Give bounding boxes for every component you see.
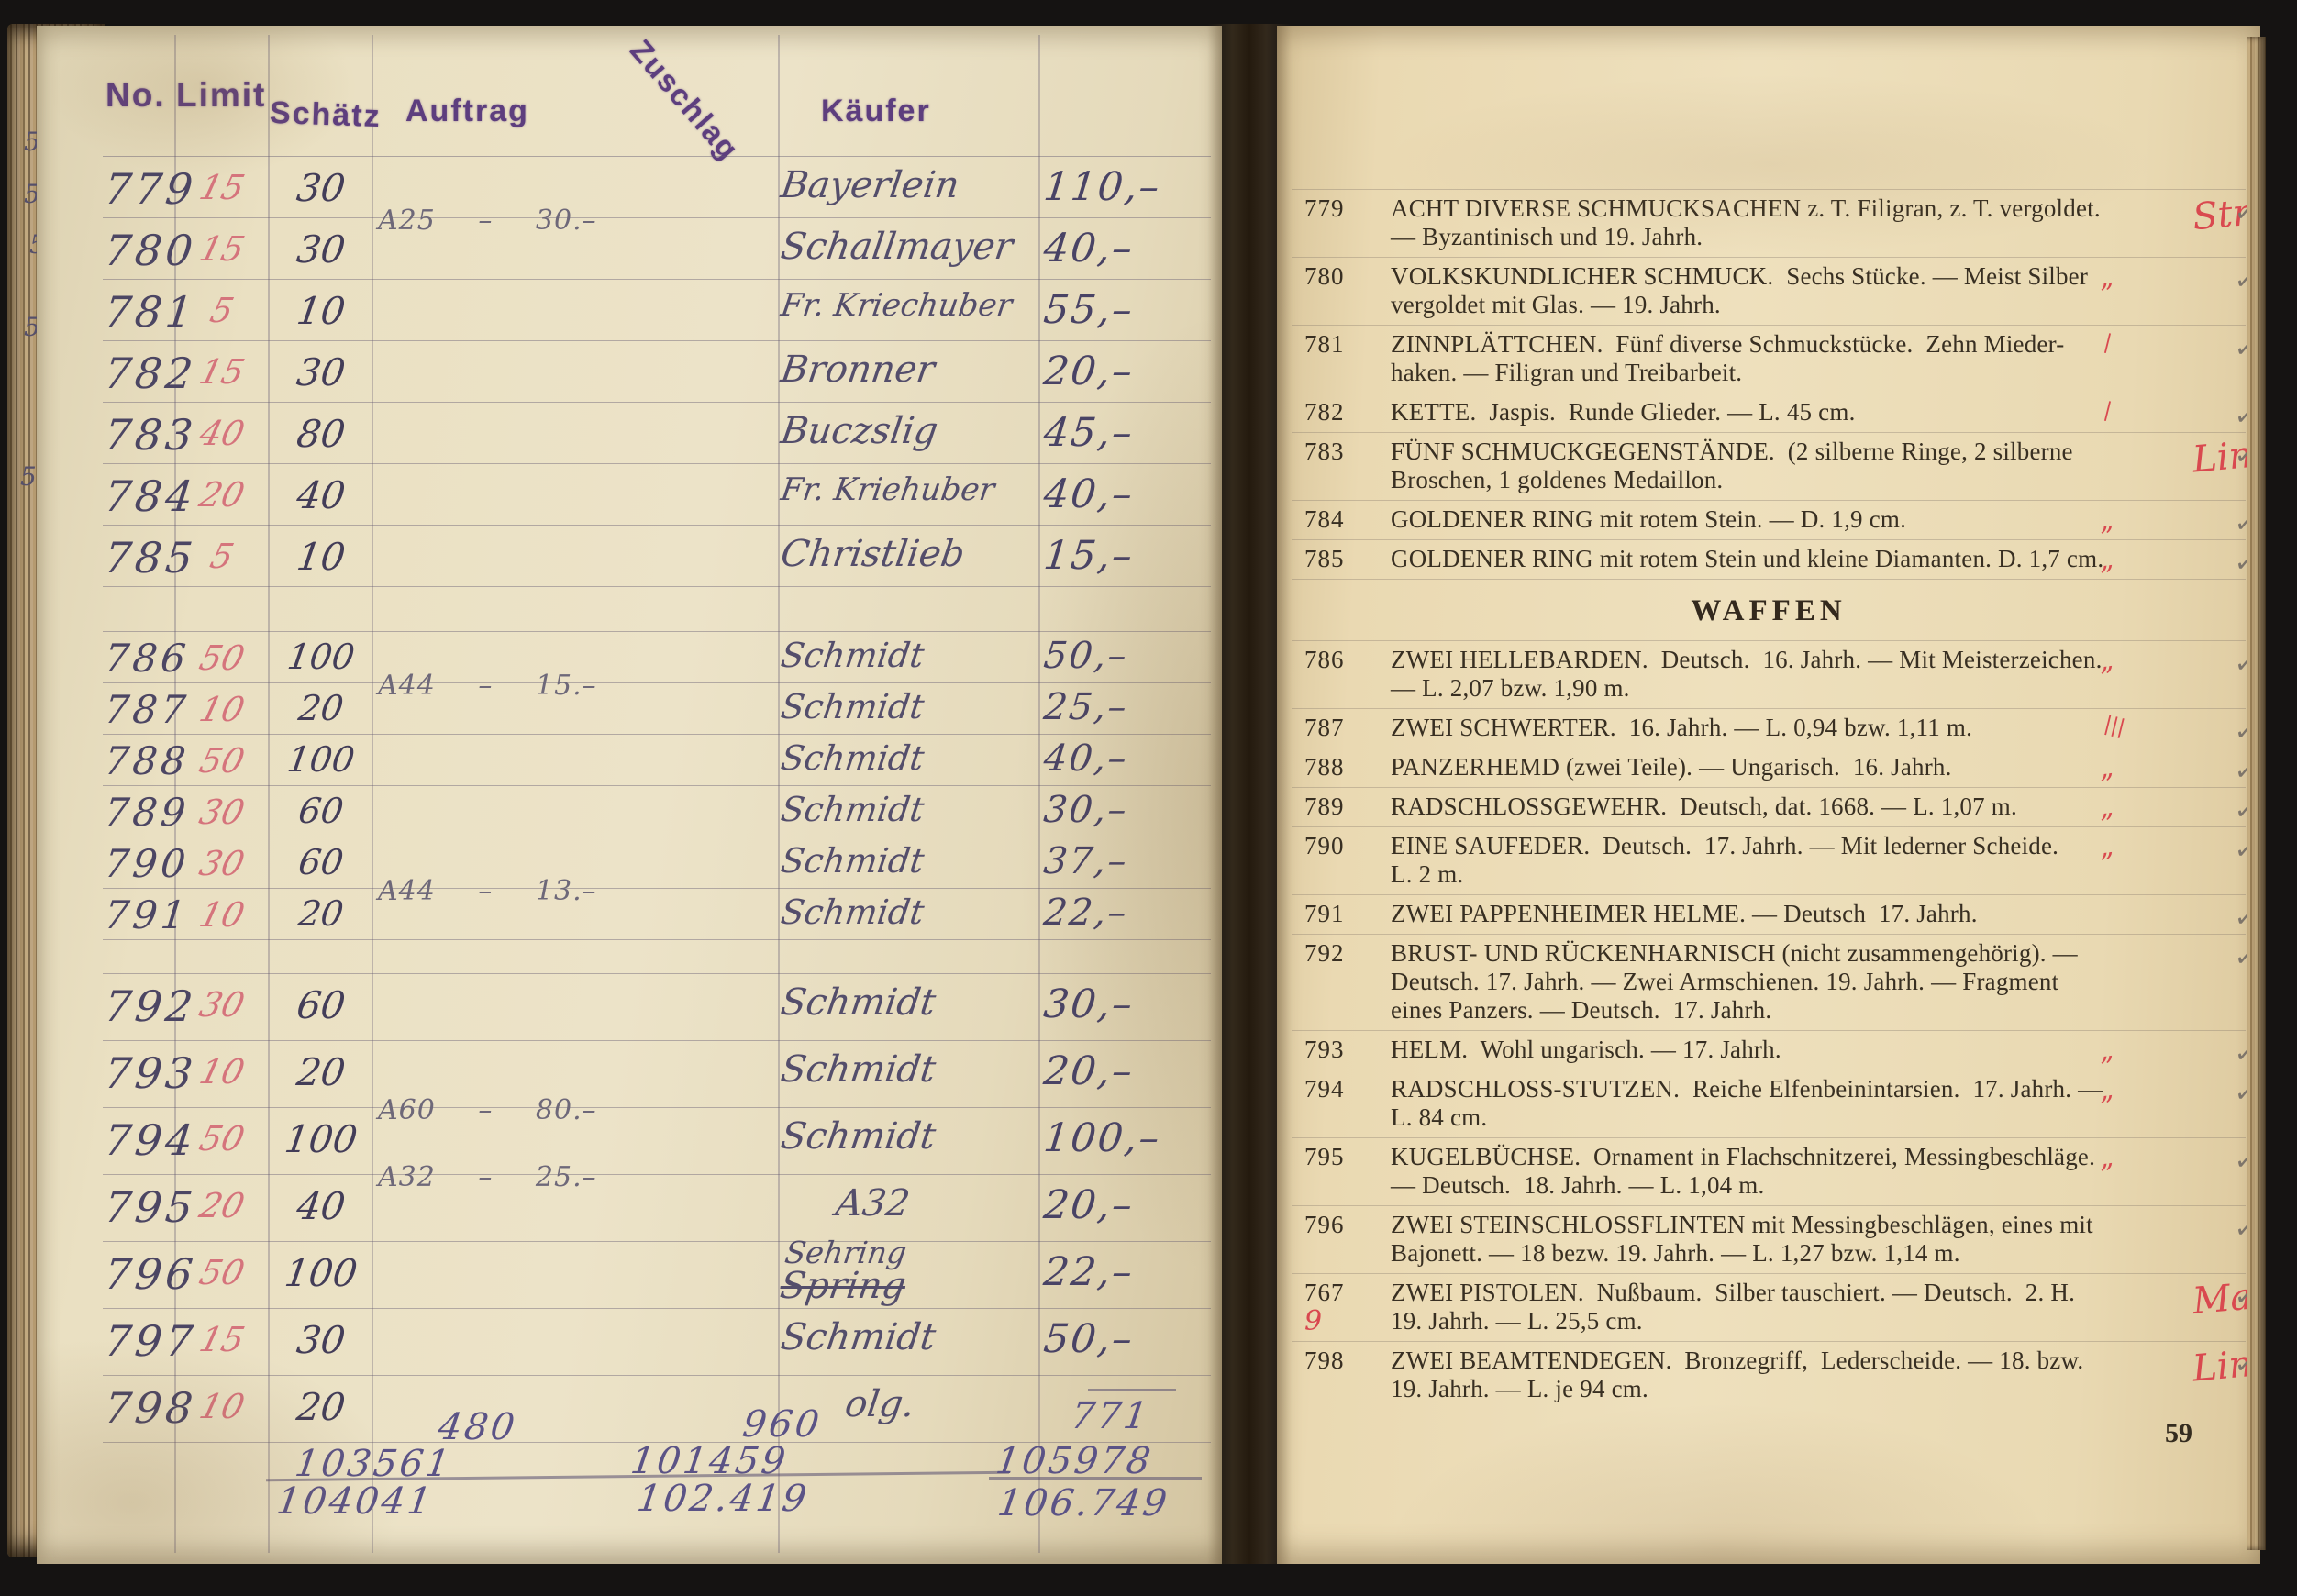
margin-ditto-red: „ bbox=[2097, 751, 2115, 785]
lot-description: BRUST- UND RÜCKENHARNISCH (nicht zusamme… bbox=[1391, 939, 2078, 1024]
cell-limit: 30 bbox=[172, 792, 273, 832]
catalog-lot-794: 794 RADSCHLOSS-STUTZEN. Reiche Elfenbein… bbox=[1292, 1070, 2246, 1137]
cell-zuschlag: 20,– bbox=[1041, 349, 1216, 394]
cell-auftrag: A60 – 80.– bbox=[378, 1094, 778, 1126]
cell-zuschlag: 30,– bbox=[1042, 789, 1217, 831]
cell-schaetz: 40 bbox=[267, 1184, 376, 1228]
cell-limit: 50 bbox=[172, 638, 273, 678]
cell-zuschlag: 22,– bbox=[1041, 1249, 1216, 1295]
ledger-row-791: 791 10 20 A44 – 13.– Schmidt 22,– bbox=[103, 889, 1211, 940]
cell-zuschlag: 100,– bbox=[1041, 1115, 1216, 1161]
cell-limit: 10 bbox=[172, 1387, 273, 1426]
cell-zuschlag: 40,– bbox=[1042, 737, 1217, 780]
margin-ditto-red: „ bbox=[2097, 830, 2115, 864]
catalog-lot-790: 790 EINE SAUFEDER. Deutsch. 17. Jahrh. —… bbox=[1292, 826, 2246, 894]
lot-number-misprint: 767 bbox=[1304, 1279, 1345, 1307]
ledger-blank-row bbox=[103, 587, 1211, 632]
cell-schaetz: 10 bbox=[267, 535, 376, 579]
cell-limit: 10 bbox=[172, 690, 273, 729]
cell-kaeufer: Schmidt bbox=[779, 790, 1044, 824]
total-limit-final: 104041 bbox=[274, 1480, 437, 1523]
cell-schaetz: 40 bbox=[267, 473, 376, 517]
lot-number: 784 bbox=[1304, 505, 1345, 534]
margin-ditto-red: „ bbox=[2097, 1034, 2115, 1068]
lot-number: 796 bbox=[1304, 1211, 1345, 1239]
ledger-row-792: 792 30 60 Schmidt 30,– bbox=[103, 974, 1211, 1041]
total-zuschlag-sub: 771 bbox=[1069, 1395, 1153, 1437]
lot-description: ZWEI STEINSCHLOSSFLINTEN mit Messingbesc… bbox=[1391, 1211, 2093, 1267]
cell-kaeufer: Fr. Kriehuber bbox=[780, 471, 1045, 503]
lot-description: GOLDENER RING mit rotem Stein. — D. 1,9 … bbox=[1391, 505, 1906, 533]
cell-schaetz: 60 bbox=[267, 791, 375, 831]
cell-kaeufer: Schmidt bbox=[779, 892, 1044, 926]
ledger-row-784: 784 20 40 Fr. Kriehuber 40,– bbox=[103, 464, 1211, 526]
lot-number: 790 bbox=[1304, 832, 1345, 860]
lot-number: 792 bbox=[1304, 939, 1345, 968]
ledger-row-781: 781 5 10 Fr. Kriechuber 55,– bbox=[103, 280, 1211, 341]
cell-schaetz: 10 bbox=[267, 289, 376, 333]
lot-description: FÜNF SCHMUCKGEGENSTÄNDE. (2 silberne Rin… bbox=[1391, 438, 2073, 493]
lot-number: 798 bbox=[1304, 1347, 1345, 1375]
cell-schaetz: 30 bbox=[267, 166, 376, 210]
buyer-name: Fr. Kriechuber bbox=[779, 287, 1015, 324]
buyer-name: Buczslig bbox=[778, 410, 940, 452]
right-page-edge bbox=[2247, 37, 2266, 1550]
cell-schaetz: 20 bbox=[267, 1385, 376, 1429]
header-limit: Limit bbox=[176, 76, 266, 115]
cell-zuschlag: 20,– bbox=[1041, 1048, 1216, 1094]
cell-auftrag: A44 – 15.– bbox=[378, 670, 778, 702]
catalog-lot-792: 792 BRUST- UND RÜCKENHARNISCH (nicht zus… bbox=[1292, 934, 2246, 1030]
cell-schaetz: 100 bbox=[267, 739, 375, 780]
cell-schaetz: 20 bbox=[267, 688, 375, 728]
edge-mark: 5 bbox=[20, 461, 37, 492]
lot-number: 789 bbox=[1304, 792, 1345, 821]
cell-kaeufer: Schallmayer bbox=[779, 226, 1045, 262]
cell-limit: 30 bbox=[172, 985, 273, 1025]
ledger-row-795: 795 20 40 A32 – 25.– A32 20,– bbox=[103, 1175, 1211, 1242]
cell-kaeufer: Christlieb bbox=[779, 533, 1045, 570]
ledger-blank-row bbox=[103, 940, 1211, 974]
cell-limit: 50 bbox=[172, 1253, 273, 1292]
cell-kaeufer: Schmidt bbox=[779, 738, 1044, 772]
buyer-name: Schmidt bbox=[778, 981, 938, 1024]
buyer-name-crossed: Spring bbox=[778, 1265, 1044, 1307]
cell-limit: 10 bbox=[172, 1052, 273, 1092]
cell-limit: 20 bbox=[172, 1186, 273, 1225]
cell-schaetz: 80 bbox=[267, 412, 376, 456]
catalog-lot-782: 782 KETTE. Jaspis. Runde Glieder. — L. 4… bbox=[1292, 393, 2246, 432]
margin-ditto-red: „ bbox=[2097, 1141, 2115, 1175]
lot-description: ZINNPLÄTTCHEN. Fünf diverse Schmuckstück… bbox=[1391, 330, 2064, 386]
cell-auftrag: A44 – 13.– bbox=[378, 875, 778, 907]
ledger-row-797: 797 15 30 Schmidt 50,– bbox=[103, 1309, 1211, 1376]
header-auftrag: Auftrag bbox=[405, 94, 529, 129]
lot-description: ZWEI PAPPENHEIMER HELME. — Deutsch 17. J… bbox=[1391, 900, 1978, 927]
header-kaeufer: Käufer bbox=[821, 94, 931, 129]
cell-zuschlag: 55,– bbox=[1041, 287, 1216, 333]
lot-description: HELM. Wohl ungarisch. — 17. Jahrh. bbox=[1391, 1036, 1781, 1063]
cell-zuschlag: 15,– bbox=[1041, 533, 1216, 579]
cell-zuschlag: 110,– bbox=[1041, 164, 1216, 210]
ledger-page: No. Limit Schätz Auftrag Käufer Zuschlag… bbox=[37, 26, 1222, 1564]
ledger-row-798: 798 10 20 olg. bbox=[103, 1376, 1211, 1443]
lot-number: 781 bbox=[1304, 330, 1345, 359]
catalog-lot-791: 791 ZWEI PAPPENHEIMER HELME. — Deutsch 1… bbox=[1292, 894, 2246, 934]
header-schaetz: Schätz bbox=[269, 95, 382, 135]
lot-description: KUGELBÜCHSE. Ornament in Flachschnitzere… bbox=[1391, 1143, 2095, 1199]
catalog-lot-793: 793 HELM. Wohl ungarisch. — 17. Jahrh. „… bbox=[1292, 1030, 2246, 1070]
lot-description: RADSCHLOSSGEWEHR. Deutsch, dat. 1668. — … bbox=[1391, 792, 2017, 820]
cell-zuschlag: 30,– bbox=[1041, 981, 1216, 1027]
lot-number-correction-red: 9 bbox=[1304, 1305, 1322, 1337]
cell-schaetz: 100 bbox=[267, 1117, 376, 1161]
cell-kaeufer: Bayerlein bbox=[779, 164, 1045, 201]
sum-rule bbox=[989, 1477, 1202, 1480]
cell-zuschlag: 50,– bbox=[1041, 1316, 1216, 1362]
buyer-name: Schmidt bbox=[778, 1115, 938, 1158]
cell-zuschlag: 25,– bbox=[1042, 686, 1217, 728]
cell-limit: 50 bbox=[172, 741, 273, 781]
cell-kaeufer: Schmidt bbox=[779, 1316, 1045, 1353]
cell-kaeufer: Fr. Kriechuber bbox=[780, 287, 1045, 318]
ledger-row-788: 788 50 100 Schmidt 40,– bbox=[103, 735, 1211, 786]
cell-limit: 20 bbox=[172, 475, 273, 515]
cell-schaetz: 30 bbox=[267, 1318, 376, 1362]
margin-stroke-red: | bbox=[2102, 398, 2114, 422]
catalog-lot-796: 796 ZWEI STEINSCHLOSSFLINTEN mit Messing… bbox=[1292, 1205, 2246, 1273]
cell-limit: 5 bbox=[172, 291, 273, 330]
cell-schaetz: 30 bbox=[267, 350, 376, 394]
margin-ditto-red: „ bbox=[2097, 504, 2115, 538]
cell-limit: 15 bbox=[172, 229, 273, 269]
cell-auftrag: A32 – 25.– bbox=[378, 1161, 778, 1193]
buyer-name: Schmidt bbox=[778, 1048, 938, 1091]
total-zuschlag-final: 106.749 bbox=[995, 1482, 1172, 1524]
lot-number: 786 bbox=[1304, 646, 1345, 674]
header-zuschlag: Zuschlag bbox=[623, 33, 746, 167]
catalog-lot-797: 767 9 ZWEI PISTOLEN. Nußbaum. Silber tau… bbox=[1292, 1273, 2246, 1341]
ledger-rows: 779 15 30 Bayerlein 110,– 780 15 30 A25 … bbox=[103, 156, 1211, 1443]
cell-limit: 15 bbox=[172, 352, 273, 392]
cell-schaetz: 60 bbox=[267, 842, 375, 882]
cell-zuschlag: 45,– bbox=[1041, 410, 1216, 456]
sum-rule bbox=[1088, 1389, 1176, 1391]
cell-limit: 30 bbox=[172, 844, 273, 883]
catalog-lot-788: 788 PANZERHEMD (zwei Teile). — Ungarisch… bbox=[1292, 748, 2246, 787]
lot-description: RADSCHLOSS-STUTZEN. Reiche Elfenbeininta… bbox=[1391, 1075, 2103, 1131]
margin-stroke-red: | bbox=[2102, 330, 2114, 354]
buyer-name: Schmidt bbox=[779, 687, 927, 726]
lot-description: EINE SAUFEDER. Deutsch. 17. Jahrh. — Mit… bbox=[1391, 832, 2058, 888]
cell-limit: 40 bbox=[172, 414, 273, 453]
buyer-name: Christlieb bbox=[778, 533, 967, 575]
lot-number: 779 bbox=[1304, 194, 1345, 223]
cell-schaetz: 30 bbox=[267, 227, 376, 272]
cell-schaetz: 20 bbox=[267, 893, 375, 934]
cell-zuschlag: 40,– bbox=[1041, 226, 1216, 272]
cell-auftrag: A25 – 30.– bbox=[378, 205, 778, 237]
lot-number: 785 bbox=[1304, 545, 1345, 573]
margin-stroke-red: ||| bbox=[2102, 713, 2127, 740]
cell-limit: 50 bbox=[172, 1119, 273, 1158]
lot-number: 793 bbox=[1304, 1036, 1345, 1064]
catalog-lot-781: 781 ZINNPLÄTTCHEN. Fünf diverse Schmucks… bbox=[1292, 325, 2246, 393]
lot-description: ZWEI BEAMTENDEGEN. Bronzegriff, Ledersch… bbox=[1391, 1347, 2083, 1402]
cell-zuschlag: 37,– bbox=[1042, 840, 1217, 882]
catalog-lot-783: 783 FÜNF SCHMUCKGEGENSTÄNDE. (2 silberne… bbox=[1292, 432, 2246, 500]
catalog-page: 779 ACHT DIVERSE SCHMUCKSACHEN z. T. Fil… bbox=[1277, 26, 2260, 1564]
cell-zuschlag: 50,– bbox=[1042, 635, 1217, 677]
lot-number: 787 bbox=[1304, 714, 1345, 742]
auction-ledger-book-photo: 5 5 5 5 5 No. Limit Schätz Auftrag Käufe… bbox=[0, 0, 2297, 1596]
lot-number: 780 bbox=[1304, 262, 1345, 291]
lot-description: ZWEI SCHWERTER. 16. Jahrh. — L. 0,94 bzw… bbox=[1391, 714, 1972, 741]
lot-number: 788 bbox=[1304, 753, 1345, 781]
buyer-name: Schmidt bbox=[779, 892, 927, 932]
buyer-name: Schmidt bbox=[779, 790, 927, 829]
lot-description: ZWEI HELLEBARDEN. Deutsch. 16. Jahrh. — … bbox=[1391, 646, 2103, 702]
cell-kaeufer: Schmidt bbox=[779, 841, 1044, 875]
ledger-row-787: 787 10 20 A44 – 15.– Schmidt 25,– bbox=[103, 683, 1211, 735]
buyer-name: A32 bbox=[833, 1182, 912, 1225]
catalog-lot-786: 786 ZWEI HELLEBARDEN. Deutsch. 16. Jahrh… bbox=[1292, 640, 2246, 708]
total-schaetz-final: 102.419 bbox=[635, 1478, 812, 1520]
margin-ditto-red: „ bbox=[2097, 791, 2115, 825]
lot-description: ZWEI PISTOLEN. Nußbaum. Silber tauschier… bbox=[1391, 1279, 2075, 1335]
ledger-row-783: 783 40 80 Buczslig 45,– bbox=[103, 403, 1211, 464]
cell-limit: 10 bbox=[172, 895, 273, 935]
buyer-name: Schallmayer bbox=[778, 226, 1015, 268]
cell-schaetz: 100 bbox=[267, 637, 375, 677]
cell-kaeufer: Bronner bbox=[779, 349, 1045, 385]
lot-number: 782 bbox=[1304, 398, 1345, 427]
cell-kaeufer: Schmidt bbox=[779, 1048, 1045, 1085]
lot-description: ACHT DIVERSE SCHMUCKSACHEN z. T. Filigra… bbox=[1391, 194, 2101, 250]
cell-kaeufer: Schmidt bbox=[779, 981, 1045, 1018]
catalog-lot-787: 787 ZWEI SCHWERTER. 16. Jahrh. — L. 0,94… bbox=[1292, 708, 2246, 748]
cell-kaeufer: olg. bbox=[779, 1383, 1109, 1420]
catalog-lot-784: 784 GOLDENER RING mit rotem Stein. — D. … bbox=[1292, 500, 2246, 539]
cell-kaeufer: Schmidt bbox=[779, 1115, 1045, 1152]
cell-kaeufer: Schmidt bbox=[779, 687, 1044, 721]
buyer-name: olg. bbox=[842, 1383, 917, 1425]
ledger-row-785: 785 5 10 Christlieb 15,– bbox=[103, 526, 1211, 587]
cell-schaetz: 20 bbox=[267, 1050, 376, 1094]
buyer-name: Bayerlein bbox=[778, 164, 961, 206]
buyer-name: Fr. Kriehuber bbox=[779, 471, 997, 508]
ledger-row-796: 796 50 100 SehringSpring 22,– bbox=[103, 1242, 1211, 1309]
cell-kaeufer: Buczslig bbox=[779, 410, 1045, 447]
catalog-lot-789: 789 RADSCHLOSSGEWEHR. Deutsch, dat. 1668… bbox=[1292, 787, 2246, 826]
catalog-lot-795: 795 KUGELBÜCHSE. Ornament in Flachschnit… bbox=[1292, 1137, 2246, 1205]
buyer-name: Schmidt bbox=[779, 636, 927, 675]
header-no: No. bbox=[105, 76, 166, 115]
cell-zuschlag: 20,– bbox=[1041, 1182, 1216, 1228]
page-number: 59 bbox=[1292, 1409, 2246, 1449]
margin-ditto-red: „ bbox=[2097, 260, 2115, 294]
cell-schaetz: 100 bbox=[267, 1251, 376, 1295]
cell-limit: 15 bbox=[172, 168, 273, 207]
lot-number: 794 bbox=[1304, 1075, 1345, 1103]
cell-limit: 5 bbox=[172, 537, 273, 576]
lot-description: VOLKSKUNDLICHER SCHMUCK. Sechs Stücke. —… bbox=[1391, 262, 2088, 318]
cell-kaeufer: SehringSpring bbox=[778, 1249, 1047, 1307]
cell-zuschlag: 22,– bbox=[1042, 892, 1217, 934]
lot-number: 795 bbox=[1304, 1143, 1345, 1171]
lot-description: PANZERHEMD (zwei Teile). — Ungarisch. 16… bbox=[1391, 753, 1952, 781]
lot-number: 791 bbox=[1304, 900, 1345, 928]
ledger-row-780: 780 15 30 A25 – 30.– Schallmayer 40,– bbox=[103, 218, 1211, 280]
buyer-name: Bronner bbox=[778, 349, 937, 391]
lot-description: KETTE. Jaspis. Runde Glieder. — L. 45 cm… bbox=[1391, 398, 1856, 426]
lot-description: GOLDENER RING mit rotem Stein und kleine… bbox=[1391, 545, 2103, 572]
catalog-lot-798: 798 ZWEI BEAMTENDEGEN. Bronzegriff, Lede… bbox=[1292, 1341, 2246, 1409]
catalog-lots: 779 ACHT DIVERSE SCHMUCKSACHEN z. T. Fil… bbox=[1277, 26, 2260, 1449]
cell-schaetz: 60 bbox=[267, 983, 376, 1027]
catalog-lot-780: 780 VOLKSKUNDLICHER SCHMUCK. Sechs Stück… bbox=[1292, 257, 2246, 325]
cell-zuschlag: 40,– bbox=[1041, 471, 1216, 517]
buyer-name: Schmidt bbox=[779, 841, 927, 881]
buyer-name: Schmidt bbox=[778, 1316, 938, 1358]
cell-limit: 15 bbox=[172, 1320, 273, 1359]
cell-kaeufer: Schmidt bbox=[779, 636, 1044, 670]
buyer-name: Schmidt bbox=[779, 738, 927, 778]
ledger-row-782: 782 15 30 Bronner 20,– bbox=[103, 341, 1211, 403]
ledger-row-789: 789 30 60 Schmidt 30,– bbox=[103, 786, 1211, 837]
catalog-lot-785: 785 GOLDENER RING mit rotem Stein und kl… bbox=[1292, 539, 2246, 579]
section-title-waffen: WAFFEN bbox=[1292, 579, 2246, 640]
catalog-lot-779: 779 ACHT DIVERSE SCHMUCKSACHEN z. T. Fil… bbox=[1292, 189, 2246, 257]
lot-number: 783 bbox=[1304, 438, 1345, 466]
